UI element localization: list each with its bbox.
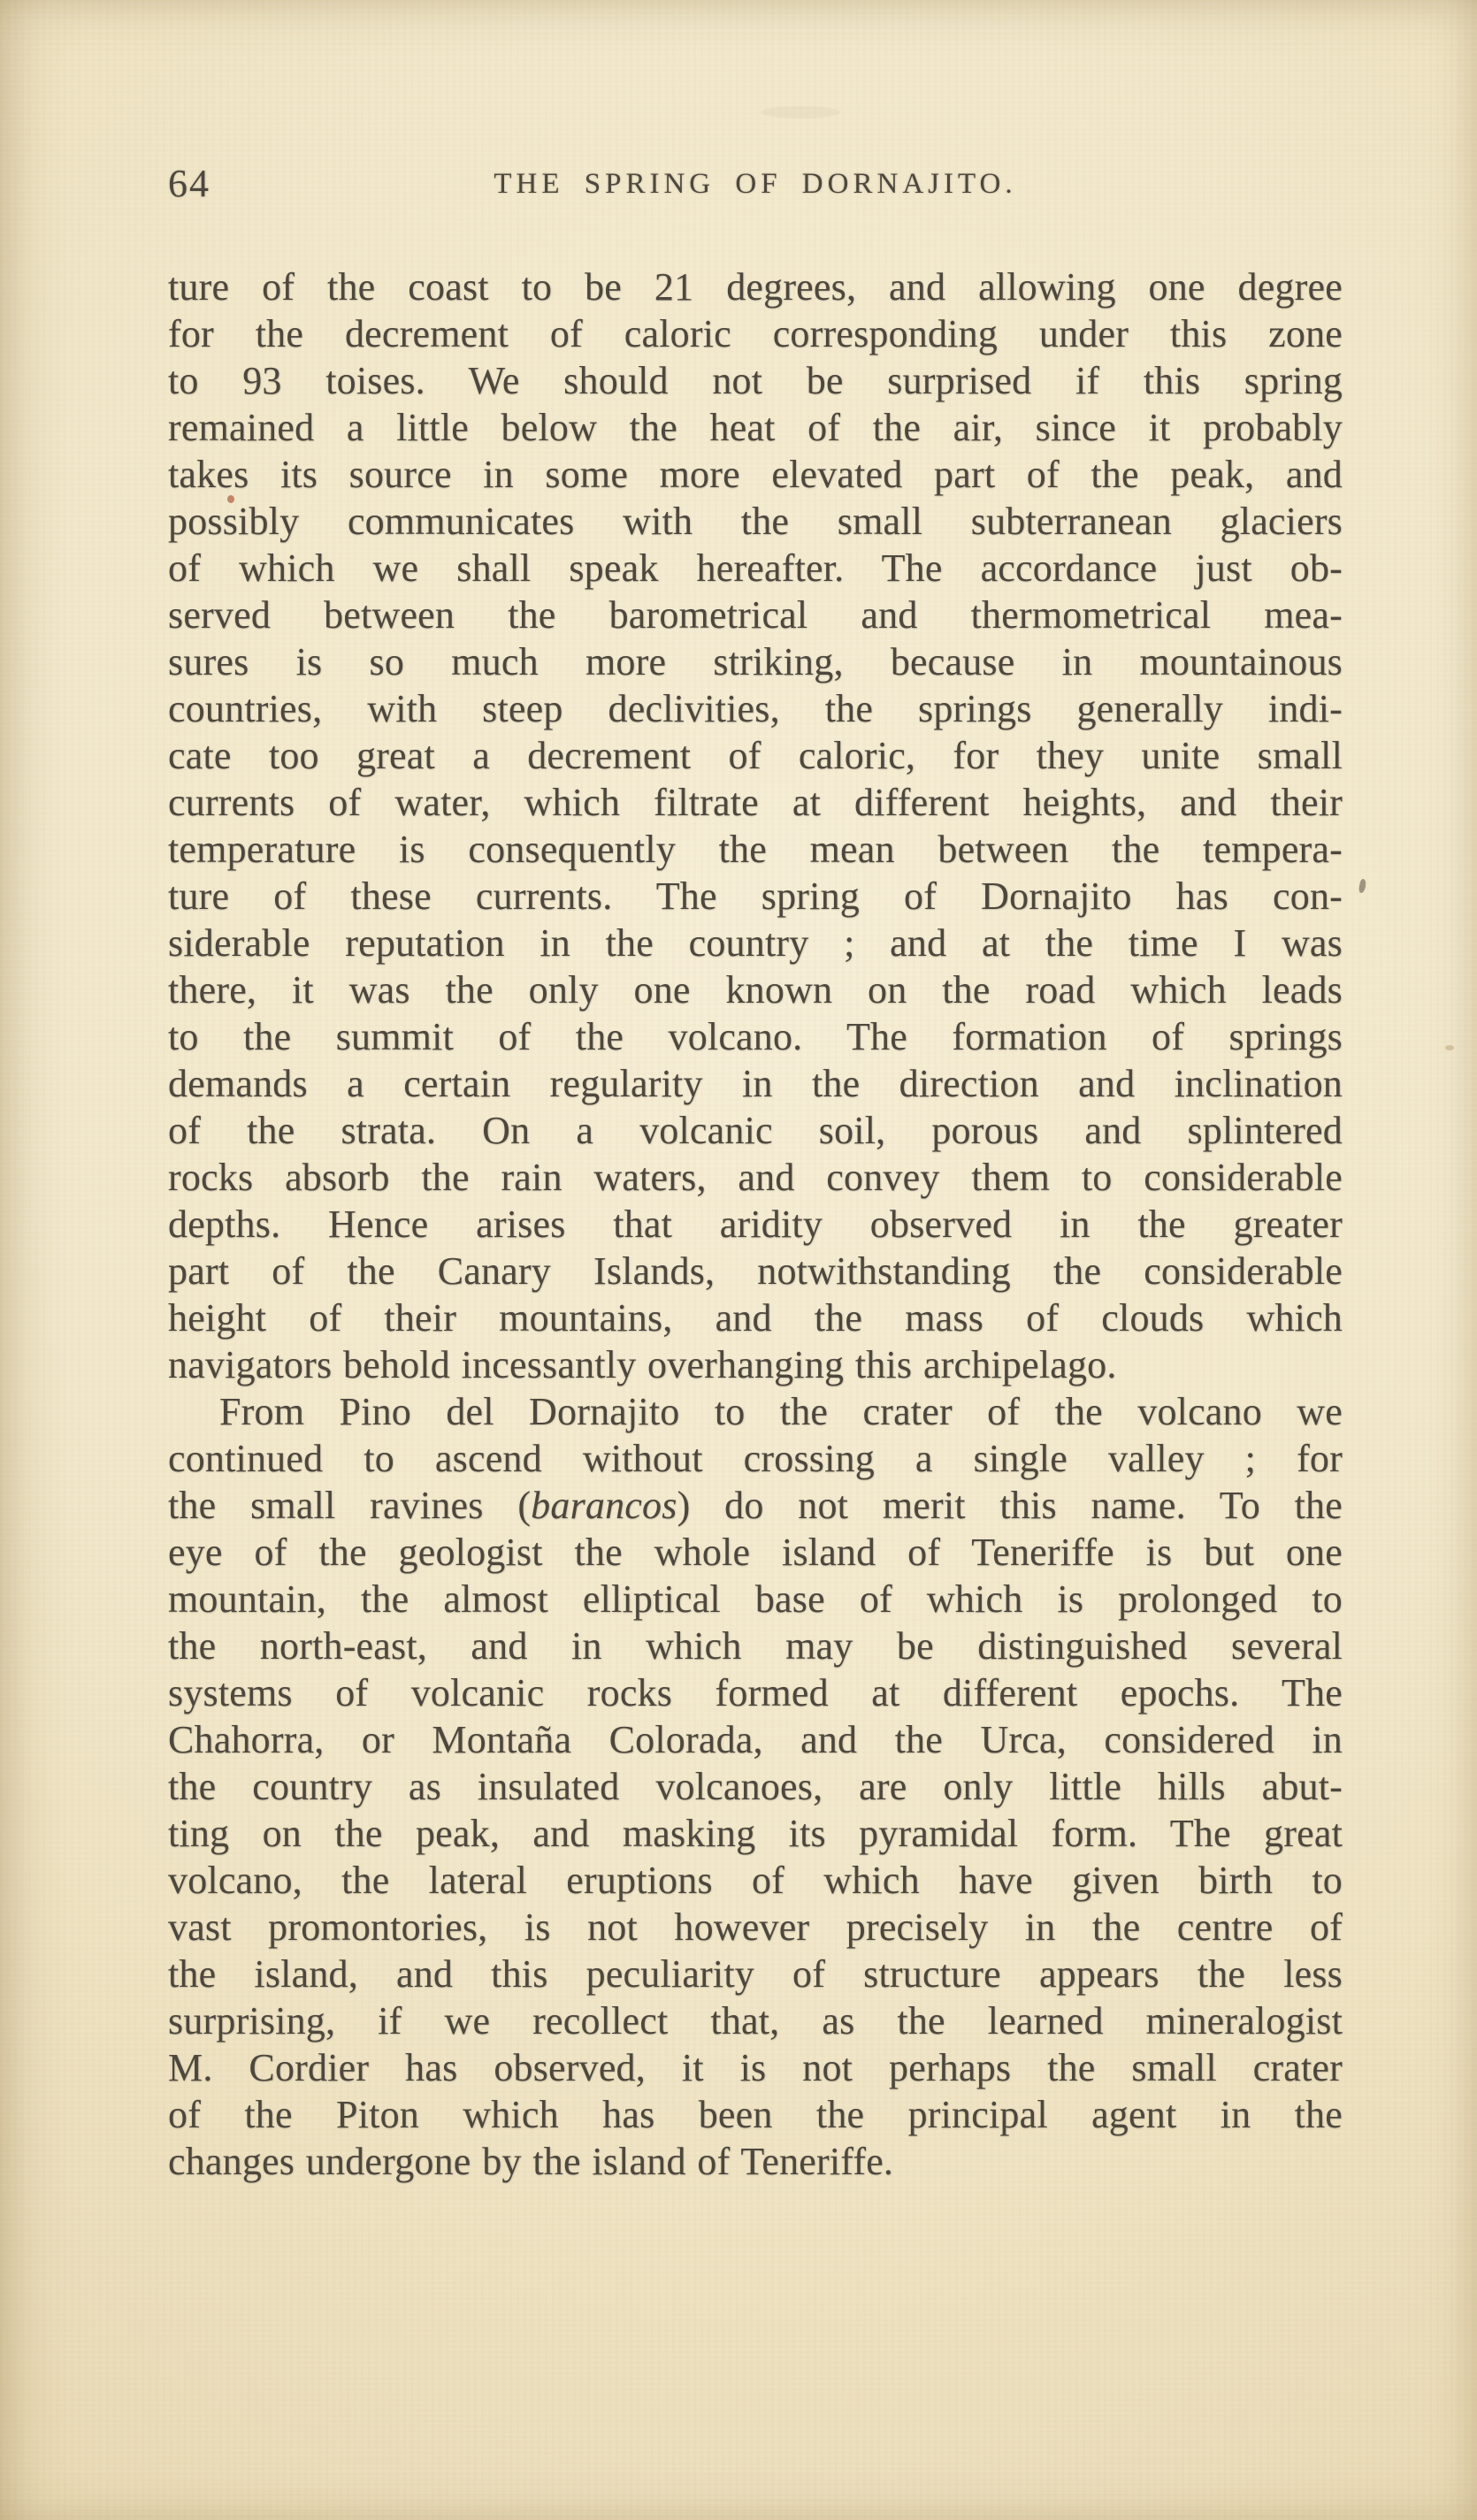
text-line: remained a little below the heat of the … — [168, 404, 1343, 451]
text-line: of the Piton which has been the principa… — [168, 2091, 1343, 2138]
text-line: M. Cordier has observed, it is not perha… — [168, 2044, 1343, 2091]
text-line: rocks absorb the rain waters, and convey… — [168, 1154, 1343, 1201]
text-line: of which we shall speak hereafter. The a… — [168, 545, 1343, 592]
text-line: the country as insulated volcanoes, are … — [168, 1763, 1343, 1810]
text-line: eye of the geologist the whole island of… — [168, 1529, 1343, 1576]
text-line: height of their mountains, and the mass … — [168, 1294, 1343, 1341]
paper-fleck — [1445, 1045, 1454, 1050]
text-line: there, it was the only one known on the … — [168, 966, 1343, 1013]
text-line-paragraph-end: changes undergone by the island of Tener… — [168, 2138, 1343, 2185]
text-line-with-italic: the small ravines (barancos) do not meri… — [168, 1482, 1343, 1529]
text-line: countries, with steep declivities, the s… — [168, 685, 1343, 732]
text-line: ture of these currents. The spring of Do… — [168, 873, 1343, 920]
text-line: siderable reputation in the country ; an… — [168, 920, 1343, 966]
text-line: the north-east, and in which may be dist… — [168, 1623, 1343, 1669]
text-line: to 93 toises. We should not be surprised… — [168, 357, 1343, 404]
text-line: the island, and this peculiarity of stru… — [168, 1951, 1343, 1997]
text-segment: the small ravines ( — [168, 1484, 531, 1527]
paper-smudge — [761, 106, 840, 118]
text-line: possibly communicates with the small sub… — [168, 498, 1343, 545]
text-line: volcano, the lateral eruptions of which … — [168, 1857, 1343, 1904]
text-line: part of the Canary Islands, notwithstand… — [168, 1248, 1343, 1294]
book-page-scan: 64 THE SPRING OF DORNAJITO. ture of the … — [0, 0, 1477, 2520]
text-line: of the strata. On a volcanic soil, porou… — [168, 1107, 1343, 1154]
italic-word-barancos: barancos — [531, 1484, 677, 1527]
text-line-paragraph-end: navigators behold incessantly overhangin… — [168, 1341, 1343, 1388]
running-header: 64 THE SPRING OF DORNAJITO. — [168, 168, 1343, 221]
text-line: mountain, the almost elliptical base of … — [168, 1576, 1343, 1623]
text-line: for the decrement of caloric correspondi… — [168, 310, 1343, 357]
text-line: temperature is consequently the mean bet… — [168, 826, 1343, 873]
page-number: 64 — [168, 161, 210, 206]
text-line: currents of water, which filtrate at dif… — [168, 779, 1343, 826]
text-line: continued to ascend without crossing a s… — [168, 1435, 1343, 1482]
text-line: demands a certain regularity in the dire… — [168, 1060, 1343, 1107]
text-line: systems of volcanic rocks formed at diff… — [168, 1669, 1343, 1716]
ink-speck — [1358, 878, 1366, 893]
text-line: depths. Hence arises that aridity observ… — [168, 1201, 1343, 1248]
text-line: ture of the coast to be 21 degrees, and … — [168, 263, 1343, 310]
text-segment: ) do not merit this name. To the — [677, 1484, 1343, 1527]
running-title: THE SPRING OF DORNAJITO. — [168, 168, 1343, 201]
text-line: cate too great a decrement of caloric, f… — [168, 732, 1343, 779]
text-line: ting on the peak, and masking its pyrami… — [168, 1810, 1343, 1857]
text-line: sures is so much more striking, because … — [168, 638, 1343, 685]
text-line: to the summit of the volcano. The format… — [168, 1013, 1343, 1060]
text-line: vast promontories, is not however precis… — [168, 1904, 1343, 1951]
page-text: ture of the coast to be 21 degrees, and … — [168, 263, 1343, 2185]
text-line: Chahorra, or Montaña Colorada, and the U… — [168, 1716, 1343, 1763]
text-line: served between the barometrical and ther… — [168, 592, 1343, 638]
text-line: takes its source in some more elevated p… — [168, 451, 1343, 498]
text-line-paragraph-start: From Pino del Dornajito to the crater of… — [168, 1388, 1343, 1435]
text-line: surprising, if we recollect that, as the… — [168, 1997, 1343, 2044]
